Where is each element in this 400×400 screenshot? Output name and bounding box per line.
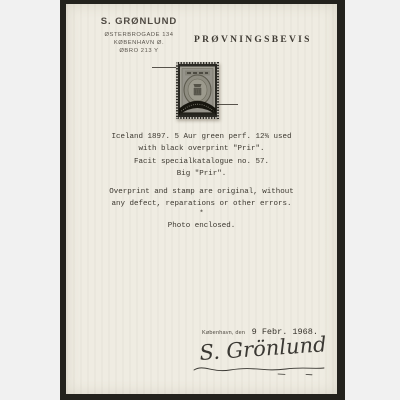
text-line-photo: Photo enclosed.: [66, 219, 337, 231]
certificate-paper: S. GRØNLUND ØSTERBROGADE 134 KØBENHAVN Ø…: [66, 4, 337, 394]
stamp-image: [176, 62, 219, 119]
text-asterisk: *: [66, 210, 337, 219]
address-line-street: ØSTERBROGADE 134: [78, 31, 200, 39]
pointer-line-left: [152, 67, 177, 68]
pointer-line-right: [218, 104, 238, 105]
signature-name-text: S. Grönlund: [199, 332, 328, 365]
text-line-catalogue: Facit specialkatalogue no. 57.: [66, 156, 337, 168]
certificate-text: Iceland 1897. 5 Aur green perf. 12¾ used…: [66, 131, 337, 231]
signature-graphic: S. Grönlund: [190, 328, 330, 384]
certificate-photo: S. GRØNLUND ØSTERBROGADE 134 KØBENHAVN Ø…: [0, 0, 400, 400]
text-line-variant: Big "Prir".: [66, 168, 337, 180]
expert-name: S. GRØNLUND: [78, 16, 200, 27]
text-line-opinion-1: Overprint and stamp are original, withou…: [66, 186, 337, 198]
stamp-graphic: [176, 62, 219, 119]
address-line-phone: ØBRO 213 Y: [78, 47, 200, 55]
text-line-opinion-2: any defect, reparations or other errors.: [66, 198, 337, 210]
black-mat-backing: S. GRØNLUND ØSTERBROGADE 134 KØBENHAVN Ø…: [60, 0, 345, 400]
text-line-overprint: with black overprint "Prir".: [66, 143, 337, 155]
address-line-city: KØBENHAVN Ø.: [78, 39, 200, 47]
text-line-description: Iceland 1897. 5 Aur green perf. 12¾ used: [66, 131, 337, 143]
signature: S. Grönlund: [190, 328, 330, 384]
letterhead: S. GRØNLUND ØSTERBROGADE 134 KØBENHAVN Ø…: [78, 16, 200, 55]
document-title: PRØVNINGSBEVIS: [194, 35, 344, 45]
